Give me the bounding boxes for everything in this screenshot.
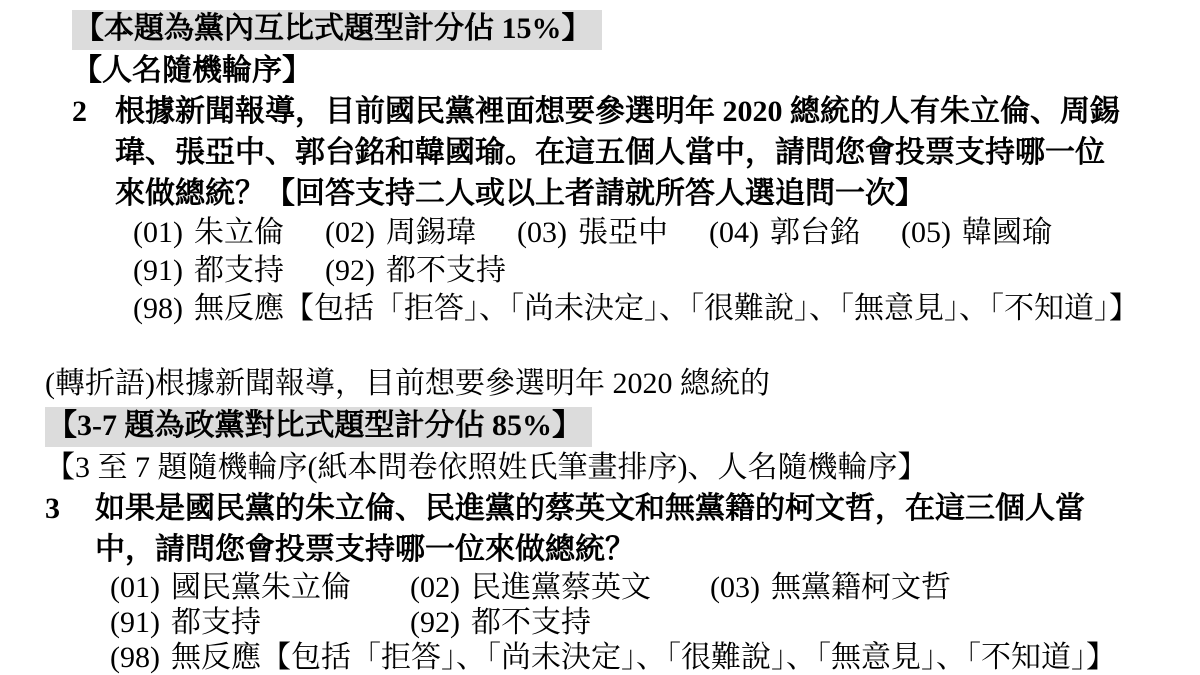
- option-support-all: (91)都支持: [133, 252, 325, 290]
- question-2-options-row-3: (98)無反應【包括「拒答」、「尚未決定」、「很難說」、「無意見」、「不知道」】: [133, 290, 1200, 328]
- option-code: (04): [709, 216, 759, 249]
- option-label: 無黨籍柯文哲: [771, 571, 951, 604]
- option-candidate-05: (05)韓國瑜: [901, 214, 1052, 252]
- option-support-all: (91)都支持: [110, 605, 410, 640]
- option-code: (01): [133, 216, 183, 249]
- option-code: (02): [410, 571, 460, 604]
- question-2-options-row-1: (01)朱立倫 (02)周錫瑋 (03)張亞中 (04)郭台銘 (05)韓國瑜: [133, 214, 1200, 252]
- scoring-note-15-row: 【本題為黨內互比式題型計分佔 15%】: [72, 10, 1200, 50]
- option-label: 都支持: [194, 254, 284, 287]
- option-no-response: (98)無反應【包括「拒答」、「尚未決定」、「很難說」、「無意見」、「不知道」】: [110, 640, 1116, 675]
- option-candidate-02: (02)周錫瑋: [325, 214, 517, 252]
- question-3-number: 3: [45, 488, 95, 570]
- question-3-line-2: 中，請問您會投票支持哪一位來做總統？: [95, 529, 1085, 570]
- option-code: (91): [133, 254, 183, 287]
- question-2-text: 根據新聞報導，目前國民黨裡面想要參選明年 2020 總統的人有朱立倫、周錫 瑋、…: [115, 91, 1120, 214]
- option-label: 民進黨蔡英文: [471, 571, 651, 604]
- question-3: 3 如果是國民黨的朱立倫、民進黨的蔡英文和無黨籍的柯文哲，在這三個人當 中，請問…: [45, 488, 1200, 570]
- scoring-note-85-highlight: 【3-7 題為政黨對比式題型計分佔 85%】: [45, 407, 592, 447]
- scoring-note-15-highlight: 【本題為黨內互比式題型計分佔 15%】: [72, 10, 602, 50]
- question-3-options-row-3: (98)無反應【包括「拒答」、「尚未決定」、「很難說」、「無意見」、「不知道」】: [110, 640, 1200, 675]
- option-dpp-candidate: (02)民進黨蔡英文: [410, 570, 710, 605]
- option-kmt-candidate: (01)國民黨朱立倫: [110, 570, 410, 605]
- option-label: 張亞中: [578, 216, 668, 249]
- option-label: 國民黨朱立倫: [171, 571, 351, 604]
- option-candidate-03: (03)張亞中: [517, 214, 709, 252]
- option-label: 周錫瑋: [386, 216, 476, 249]
- option-code: (03): [710, 571, 760, 604]
- transition-phrase: (轉折語)根據新聞報導，目前想要參選明年 2020 總統的: [45, 364, 1200, 404]
- option-label: 無反應【包括「拒答」、「尚未決定」、「很難說」、「無意見」、「不知道」】: [171, 641, 1116, 674]
- name-rotation-note: 【人名隨機輪序】: [72, 50, 1200, 91]
- option-support-none: (92)都不支持: [410, 605, 591, 640]
- option-code: (01): [110, 571, 160, 604]
- option-code: (02): [325, 216, 375, 249]
- option-label: 韓國瑜: [962, 216, 1052, 249]
- option-candidate-04: (04)郭台銘: [709, 214, 901, 252]
- option-support-none: (92)都不支持: [325, 252, 506, 290]
- question-2-number: 2: [72, 91, 115, 214]
- question-2: 2 根據新聞報導，目前國民黨裡面想要參選明年 2020 總統的人有朱立倫、周錫 …: [72, 91, 1200, 214]
- option-code: (05): [901, 216, 951, 249]
- option-label: 都不支持: [471, 606, 591, 639]
- option-label: 郭台銘: [770, 216, 860, 249]
- section-question-2: 【本題為黨內互比式題型計分佔 15%】 【人名隨機輪序】 2 根據新聞報導，目前…: [72, 10, 1200, 328]
- option-code: (92): [410, 606, 460, 639]
- section-question-3: (轉折語)根據新聞報導，目前想要參選明年 2020 總統的 【3-7 題為政黨對…: [45, 364, 1200, 675]
- rotation-order-note: 【3 至 7 題隨機輪序(紙本問卷依照姓氏筆畫排序)、人名隨機輪序】: [45, 447, 1200, 488]
- option-label: 朱立倫: [194, 216, 284, 249]
- option-code: (98): [133, 292, 183, 325]
- questionnaire-document: 【本題為黨內互比式題型計分佔 15%】 【人名隨機輪序】 2 根據新聞報導，目前…: [0, 0, 1200, 675]
- question-3-options-row-1: (01)國民黨朱立倫 (02)民進黨蔡英文 (03)無黨籍柯文哲: [110, 570, 1200, 605]
- question-2-options-row-2: (91)都支持 (92)都不支持: [133, 252, 1200, 290]
- question-3-line-1: 如果是國民黨的朱立倫、民進黨的蔡英文和無黨籍的柯文哲，在這三個人當: [95, 488, 1085, 529]
- option-code: (98): [110, 641, 160, 674]
- question-3-text: 如果是國民黨的朱立倫、民進黨的蔡英文和無黨籍的柯文哲，在這三個人當 中，請問您會…: [95, 488, 1085, 570]
- question-2-line-3: 來做總統？【回答支持二人或以上者請就所答人選追問一次】: [115, 173, 1120, 214]
- option-code: (03): [517, 216, 567, 249]
- option-code: (92): [325, 254, 375, 287]
- section-gap: [0, 328, 1200, 364]
- question-2-options: (01)朱立倫 (02)周錫瑋 (03)張亞中 (04)郭台銘 (05)韓國瑜 …: [133, 214, 1200, 328]
- question-2-line-1: 根據新聞報導，目前國民黨裡面想要參選明年 2020 總統的人有朱立倫、周錫: [115, 91, 1120, 132]
- question-2-line-2: 瑋、張亞中、郭台銘和韓國瑜。在這五個人當中，請問您會投票支持哪一位: [115, 132, 1120, 173]
- question-3-options-row-2: (91)都支持 (92)都不支持: [110, 605, 1200, 640]
- option-label: 無反應【包括「拒答」、「尚未決定」、「很難說」、「無意見」、「不知道」】: [194, 292, 1139, 325]
- option-candidate-01: (01)朱立倫: [133, 214, 325, 252]
- scoring-note-85-row: 【3-7 題為政黨對比式題型計分佔 85%】: [45, 407, 1200, 447]
- question-3-options: (01)國民黨朱立倫 (02)民進黨蔡英文 (03)無黨籍柯文哲 (91)都支持…: [110, 570, 1200, 675]
- option-label: 都支持: [171, 606, 261, 639]
- option-independent-candidate: (03)無黨籍柯文哲: [710, 570, 951, 605]
- option-label: 都不支持: [386, 254, 506, 287]
- option-code: (91): [110, 606, 160, 639]
- option-no-response: (98)無反應【包括「拒答」、「尚未決定」、「很難說」、「無意見」、「不知道」】: [133, 290, 1139, 328]
